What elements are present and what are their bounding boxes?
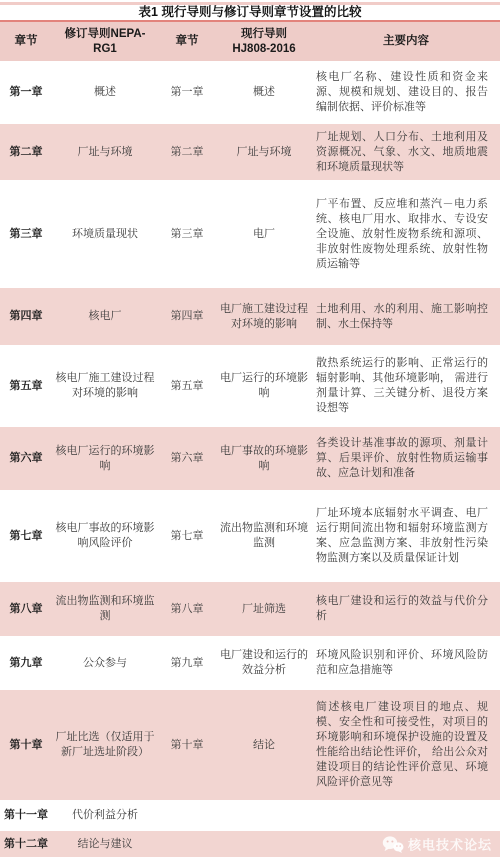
chapter-current-cell: 第一章 [158, 81, 216, 104]
revised-guide-cell: 概述 [52, 81, 158, 104]
chapter-current-cell: 第五章 [158, 375, 216, 398]
revised-guide-cell: 厂址比选（仅适用于新厂址选址阶段） [52, 726, 158, 764]
revised-guide-cell: 厂址与环境 [52, 141, 158, 164]
table-row: 第九章 公众参与 第九章 电厂建设和运行的效益分析 环境风险识别和评价、环境风险… [0, 636, 500, 690]
revised-guide-cell: 代价利益分析 [52, 804, 158, 827]
table-row: 第十二章 结论与建议 核电技术论坛 [0, 831, 500, 857]
table-row: 第十一章 代价利益分析 [0, 800, 500, 831]
chapter-current-cell: 第六章 [158, 447, 216, 470]
chapter-current-cell: 第二章 [158, 141, 216, 164]
revised-guide-cell: 核电厂 [52, 305, 158, 328]
current-guide-cell [216, 812, 312, 820]
current-guide-cell: 厂址筛选 [216, 598, 312, 621]
chapter-cell: 第二章 [0, 141, 52, 164]
wechat-icon [382, 835, 404, 853]
chapter-cell: 第六章 [0, 447, 52, 470]
header-current-guide: 现行导则 HJ808-2016 [216, 23, 312, 61]
current-guide-cell: 流出物监测和环境监测 [216, 517, 312, 555]
chapter-current-cell [158, 840, 216, 848]
current-guide-cell: 电厂事故的环境影响 [216, 440, 312, 478]
chapter-cell: 第四章 [0, 305, 52, 328]
chapter-current-cell: 第八章 [158, 598, 216, 621]
table-row: 第二章 厂址与环境 第二章 厂址与环境 厂址规划、人口分布、土地利用及资源概况、… [0, 124, 500, 180]
chapter-current-cell [158, 812, 216, 820]
table-row: 第五章 核电厂施工建设过程对环境的影响 第五章 电厂运行的环境影响 散热系统运行… [0, 345, 500, 427]
chapter-cell: 第十章 [0, 734, 52, 757]
watermark-label: 核电技术论坛 [408, 835, 492, 854]
table-title: 表1 现行导则与修订导则章节设置的比较 [0, 5, 500, 20]
main-content-cell: 厂址规划、人口分布、土地利用及资源概况、气象、水文、地质地震和环境质量现状等 [312, 126, 500, 179]
revised-guide-cell: 核电厂施工建设过程对环境的影响 [52, 367, 158, 405]
chapter-current-cell: 第七章 [158, 525, 216, 548]
header-main-content: 主要内容 [312, 30, 500, 53]
table-row: 第四章 核电厂 第四章 电厂施工建设过程对环境的影响 土地利用、水的利用、施工影… [0, 288, 500, 345]
chapter-cell: 第一章 [0, 81, 52, 104]
chapter-cell: 第五章 [0, 375, 52, 398]
chapter-current-cell: 第十章 [158, 734, 216, 757]
current-guide-cell [216, 840, 312, 848]
table-row: 第三章 环境质量现状 第三章 电厂 厂平布置、反应堆和蒸汽－电力系统、核电厂用水… [0, 180, 500, 288]
revised-guide-cell: 流出物监测和环境监测 [52, 590, 158, 628]
current-guide-cell: 电厂 [216, 223, 312, 246]
header-chapter: 章节 [0, 30, 52, 53]
table-row: 第十章 厂址比选（仅适用于新厂址选址阶段） 第十章 结论 简述核电厂建设项目的地… [0, 690, 500, 800]
chapter-current-cell: 第九章 [158, 652, 216, 675]
main-content-cell [312, 812, 500, 820]
watermark: 核电技术论坛 [382, 835, 492, 854]
chapter-current-cell: 第三章 [158, 223, 216, 246]
current-guide-cell: 结论 [216, 734, 312, 757]
current-guide-cell: 概述 [216, 81, 312, 104]
table-row: 第一章 概述 第一章 概述 核电厂名称、建设性质和资金来源、规模和规划、建设目的… [0, 61, 500, 124]
revised-guide-cell: 核电厂运行的环境影响 [52, 440, 158, 478]
chapter-cell: 第八章 [0, 598, 52, 621]
revised-guide-cell: 环境质量现状 [52, 223, 158, 246]
main-content-cell: 厂平布置、反应堆和蒸汽－电力系统、核电厂用水、取排水、专设安全设施、放射性废物系… [312, 193, 500, 276]
table-row: 第六章 核电厂运行的环境影响 第六章 电厂事故的环境影响 各类设计基准事故的源项… [0, 427, 500, 490]
revised-guide-cell: 公众参与 [52, 652, 158, 675]
chapter-cell: 第七章 [0, 525, 52, 548]
chapter-cell: 第十二章 [0, 833, 52, 856]
main-content-cell: 各类设计基准事故的源项、剂量计算、后果评价、放射性物质运输事故、应急计划和准备 [312, 432, 500, 485]
main-content-cell: 核电厂名称、建设性质和资金来源、规模和规划、建设目的、报告编制依据、评价标准等 [312, 66, 500, 119]
main-content-cell: 环境风险识别和评价、环境风险防范和应急措施等 [312, 644, 500, 682]
current-guide-cell: 电厂运行的环境影响 [216, 367, 312, 405]
main-content-cell: 土地利用、水的利用、施工影响控制、水土保持等 [312, 298, 500, 336]
table-header-row: 章节 修订导则NEPA-RG1 章节 现行导则 HJ808-2016 主要内容 [0, 22, 500, 61]
main-content-cell: 厂址环境本底辐射水平调查、电厂运行期间流出物和辐射环境监测方案、应急监测方案、非… [312, 502, 500, 570]
chapter-current-cell: 第四章 [158, 305, 216, 328]
main-content-cell: 核电厂建设和运行的效益与代价分析 [312, 590, 500, 628]
revised-guide-cell: 核电厂事故的环境影响风险评价 [52, 517, 158, 555]
chapter-cell: 第十一章 [0, 804, 52, 827]
main-content-cell: 简述核电厂建设项目的地点、规模、安全性和可接受性，对项目的环境影响和环境保护设施… [312, 696, 500, 794]
chapter-cell: 第九章 [0, 652, 52, 675]
main-content-cell: 散热系统运行的影响、正常运行的辐射影响、其他环境影响， 需进行剂量计算、三关键分… [312, 352, 500, 420]
chapter-cell: 第三章 [0, 223, 52, 246]
current-guide-cell: 厂址与环境 [216, 141, 312, 164]
header-chapter-current: 章节 [158, 30, 216, 53]
revised-guide-cell: 结论与建议 [52, 833, 158, 856]
header-revised-guide: 修订导则NEPA-RG1 [52, 23, 158, 61]
current-guide-cell: 电厂建设和运行的效益分析 [216, 644, 312, 682]
current-guide-cell: 电厂施工建设过程对环境的影响 [216, 298, 312, 336]
table-row: 第七章 核电厂事故的环境影响风险评价 第七章 流出物监测和环境监测 厂址环境本底… [0, 490, 500, 582]
table-row: 第八章 流出物监测和环境监测 第八章 厂址筛选 核电厂建设和运行的效益与代价分析 [0, 582, 500, 636]
